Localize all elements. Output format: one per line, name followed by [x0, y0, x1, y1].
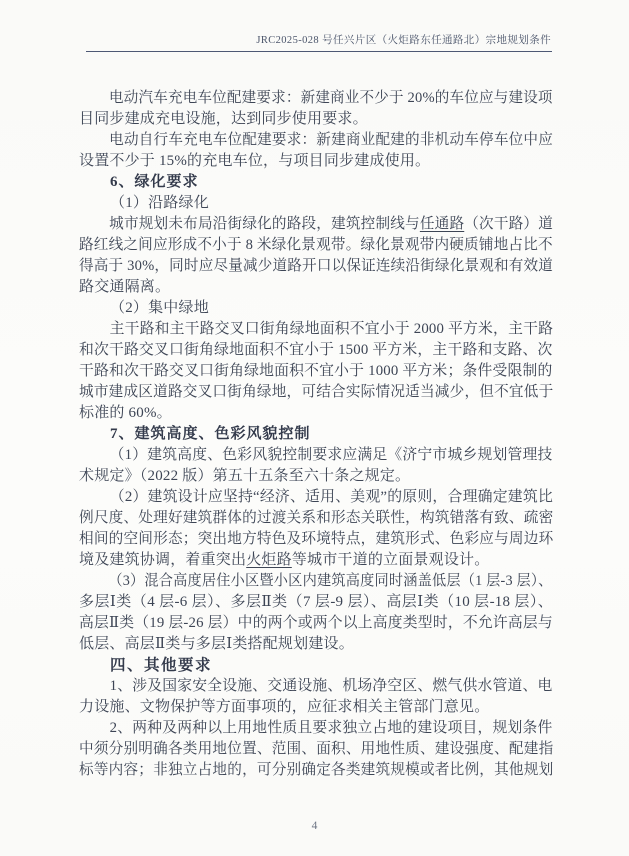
text-line: 标等内容；非独立占地的，可分别确定各类建筑规模或者比例，其他规划 [79, 760, 541, 781]
text-segment: 城市规划未布局沿街绿化的路段，建筑控制线与 [109, 216, 420, 232]
text-segment: 术规定》（2022 版）第五十五条至六十条之规定。 [79, 468, 410, 484]
text-line: 相间的空间形态；突出地方特色及环境特点，建筑形式、色彩应与周边环 [79, 529, 541, 550]
text-segment: 1、涉及国家安全设施、交通设施、机场净空区、燃气供水管道、电 [110, 678, 553, 694]
text-segment: （次干路）道 [464, 216, 553, 232]
text-line: 术规定》（2022 版）第五十五条至六十条之规定。 [79, 466, 553, 487]
text-line: （3）混合高度居住小区暨小区内建筑高度同时涵盖低层（1 层-3 层）、 [79, 571, 527, 592]
text-line: （2）建筑设计应坚持“经济、适用、美观”的原则，合理确定建筑比 [79, 487, 549, 508]
page-number: 4 [0, 820, 629, 832]
text-segment: 电动汽车充电车位配建要求：新建商业不少于 20%的车位应与建设项 [109, 90, 553, 106]
text-line: 例尺度、处理好建筑群体的过渡关系和形态关联性，构筑错落有致、疏密 [79, 508, 541, 529]
text-segment: 高层Ⅱ类（19 层-26 层）中的两个或两个以上高度类型时，不允许高层与 [79, 615, 553, 631]
text-line: 多层Ⅰ类（4 层-6 层）、多层Ⅱ类（7 层-9 层）、高层Ⅰ类（10 层-18… [79, 592, 553, 613]
text-segment: 低层、高层Ⅱ类与多层Ⅰ类搭配规划建设。 [79, 636, 354, 652]
text-segment: 设置不少于 15%的充电车位，与项目同步建成使用。 [79, 153, 430, 169]
text-segment: 目同步建成充电设施，达到同步使用要求。 [79, 111, 368, 127]
text-line: 低层、高层Ⅱ类与多层Ⅰ类搭配规划建设。 [79, 634, 553, 655]
text-segment: 2、两种及两种以上用地性质且要求独立占地的建设项目，规划条件 [110, 720, 553, 736]
text-segment: 得高于 30%，同时应尽量减少道路开口以保证连续沿街绿化景观和有效道 [79, 258, 553, 274]
header-rule [86, 51, 552, 52]
text-line: 中须分别明确各类用地位置、范围、面积、用地性质、建设强度、配建指 [79, 739, 541, 760]
document-body: 电动汽车充电车位配建要求：新建商业不少于 20%的车位应与建设项目同步建成充电设… [79, 88, 553, 781]
text-line: （1）沿路绿化 [79, 193, 553, 214]
text-line: 标准的 60%。 [79, 403, 553, 424]
text-line: 路红线之间应形成不小于 8 米绿化景观带。绿化景观带内硬质铺地占比不 [79, 235, 540, 256]
text-line: 1、涉及国家安全设施、交通设施、机场净空区、燃气供水管道、电 [79, 676, 547, 697]
text-line: （2）集中绿地 [79, 298, 553, 319]
section-heading: 6、绿化要求 [79, 172, 553, 193]
section-heading: 7、建筑高度、色彩风貌控制 [79, 424, 553, 445]
text-line: 路交通隔离。 [79, 277, 553, 298]
text-line: 目同步建成充电设施，达到同步使用要求。 [79, 109, 553, 130]
text-segment: 和次干路交叉口街角绿地面积不宜小于 1500 平方米，主干路和支路、次 [79, 342, 553, 358]
text-line: 城市建成区道路交叉口街角绿地，可结合实际情况适当减少，但不宜低于 [79, 382, 541, 403]
text-line: （1）建筑高度、色彩风貌控制要求应满足《济宁市城乡规划管理技 [79, 445, 547, 466]
text-segment: 路交通隔离。 [79, 279, 170, 295]
underlined-road-name: 任通路 [420, 216, 464, 232]
text-segment: 电动自行车充电车位配建要求：新建商业配建的非机动车停车位中应 [109, 132, 553, 148]
text-segment: 干路和次干路交叉口街角绿地面积不宜小于 1000 平方米；条件受限制的 [79, 363, 553, 379]
text-segment: 主干路和主干路交叉口街角绿地面积不宜小于 2000 平方米，主干路 [110, 321, 553, 337]
text-line: 干路和次干路交叉口街角绿地面积不宜小于 1000 平方米；条件受限制的 [79, 361, 547, 382]
text-segment: （2）集中绿地 [110, 300, 209, 316]
text-line: 高层Ⅱ类（19 层-26 层）中的两个或两个以上高度类型时，不允许高层与 [79, 613, 547, 634]
text-line: 得高于 30%，同时应尽量减少道路开口以保证连续沿街绿化景观和有效道 [79, 256, 539, 277]
text-segment: 标准的 60%。 [79, 405, 172, 421]
text-line: 设置不少于 15%的充电车位，与项目同步建成使用。 [79, 151, 553, 172]
text-segment: （1）建筑高度、色彩风貌控制要求应满足《济宁市城乡规划管理技 [110, 447, 553, 463]
text-segment: 相间的空间形态；突出地方特色及环境特点，建筑形式、色彩应与周边环 [79, 531, 553, 547]
text-line: 城市规划未布局沿街绿化的路段，建筑控制线与任通路（次干路）道 [79, 214, 540, 235]
text-segment: 多层Ⅰ类（4 层-6 层）、多层Ⅱ类（7 层-9 层）、高层Ⅰ类（10 层-18… [79, 594, 553, 610]
text-segment: 7、建筑高度、色彩风貌控制 [110, 426, 311, 442]
text-segment: 等城市干道的立面景观设计。 [292, 552, 490, 568]
section-heading: 四、其他要求 [79, 655, 553, 676]
underlined-road-name: 火炬路 [246, 552, 292, 568]
text-line: 和次干路交叉口街角绿地面积不宜小于 1500 平方米，主干路和支路、次 [79, 340, 547, 361]
text-line: 电动汽车充电车位配建要求：新建商业不少于 20%的车位应与建设项 [79, 88, 538, 109]
page-header-title: JRC2025-028 号任兴片区（火炬路东任通路北）宗地规划条件 [256, 32, 551, 47]
text-segment: 中须分别明确各类用地位置、范围、面积、用地性质、建设强度、配建指 [79, 741, 553, 757]
text-segment: （3）混合高度居住小区暨小区内建筑高度同时涵盖低层（1 层-3 层）、 [108, 573, 552, 589]
document-page: JRC2025-028 号任兴片区（火炬路东任通路北）宗地规划条件 电动汽车充电… [0, 0, 629, 856]
text-segment: 6、绿化要求 [110, 174, 199, 190]
text-segment: 力设施、文物保护等方面事项的，应征求相关主管部门意见。 [79, 699, 489, 715]
text-line: 2、两种及两种以上用地性质且要求独立占地的建设项目，规划条件 [79, 718, 547, 739]
text-segment: 路红线之间应形成不小于 8 米绿化景观带。绿化景观带内硬质铺地占比不 [79, 237, 553, 253]
text-segment: 境及建筑协调，着重突出 [79, 552, 246, 568]
text-segment: （2）建筑设计应坚持“经济、适用、美观”的原则，合理确定建筑比 [110, 489, 553, 505]
text-line: 电动自行车充电车位配建要求：新建商业配建的非机动车停车位中应 [79, 130, 540, 151]
text-segment: （1）沿路绿化 [110, 195, 209, 211]
text-segment: 城市建成区道路交叉口街角绿地，可结合实际情况适当减少，但不宜低于 [79, 384, 553, 400]
text-line: 主干路和主干路交叉口街角绿地面积不宜小于 2000 平方米，主干路 [79, 319, 547, 340]
text-segment: 标等内容；非独立占地的，可分别确定各类建筑规模或者比例，其他规划 [79, 762, 553, 778]
text-line: 力设施、文物保护等方面事项的，应征求相关主管部门意见。 [79, 697, 553, 718]
text-segment: 四、其他要求 [110, 657, 212, 674]
text-line: 境及建筑协调，着重突出火炬路等城市干道的立面景观设计。 [79, 550, 553, 571]
text-segment: 例尺度、处理好建筑群体的过渡关系和形态关联性，构筑错落有致、疏密 [79, 510, 553, 526]
